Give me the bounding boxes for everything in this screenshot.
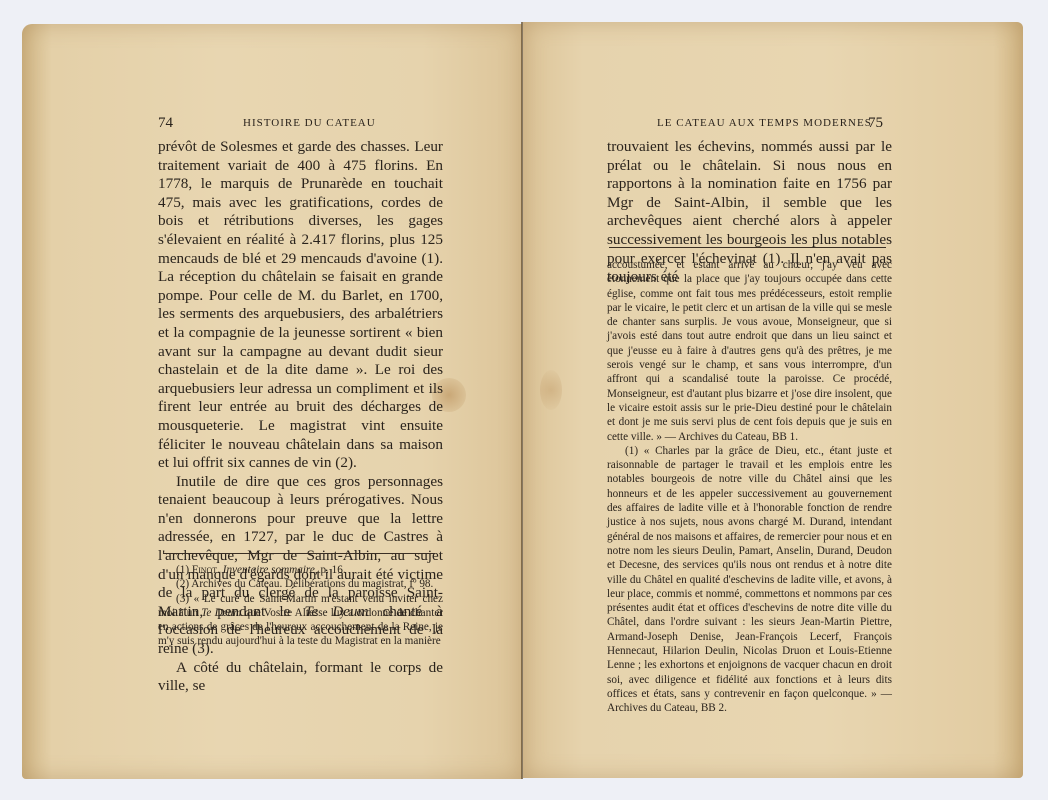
footnote-continuation: accoustumée, et estant arrivé au chœur, … — [607, 258, 892, 444]
footnote-1: (1) Finot. Inventaire sommaire, p. 16. — [158, 563, 443, 577]
footnote-rule-right — [609, 247, 886, 248]
footnote-1: (1) « Charles par la grâce de Dieu, etc.… — [607, 444, 892, 716]
paragraph: prévôt de Solesmes et garde des chasses.… — [158, 138, 443, 473]
paragraph: A côté du châtelain, formant le corps de… — [158, 659, 443, 696]
footnote-2: (2) Archives du Cateau. Délibérations du… — [158, 577, 443, 591]
footnote-3: (3) « Le curé de Saint-Martin m'estant v… — [158, 592, 443, 649]
footnotes-left: (1) Finot. Inventaire sommaire, p. 16. (… — [158, 563, 443, 649]
page-number-left: 74 — [158, 115, 173, 132]
running-head-right: LE CATEAU AUX TEMPS MODERNES — [657, 117, 872, 129]
running-head-left: HISTOIRE DU CATEAU — [243, 117, 376, 129]
footnotes-right: accoustumée, et estant arrivé au chœur, … — [607, 258, 892, 716]
book-spine — [521, 22, 523, 779]
page-number-right: 75 — [868, 115, 883, 132]
footnote-rule-left — [163, 553, 435, 554]
foxing-stain — [540, 370, 562, 410]
